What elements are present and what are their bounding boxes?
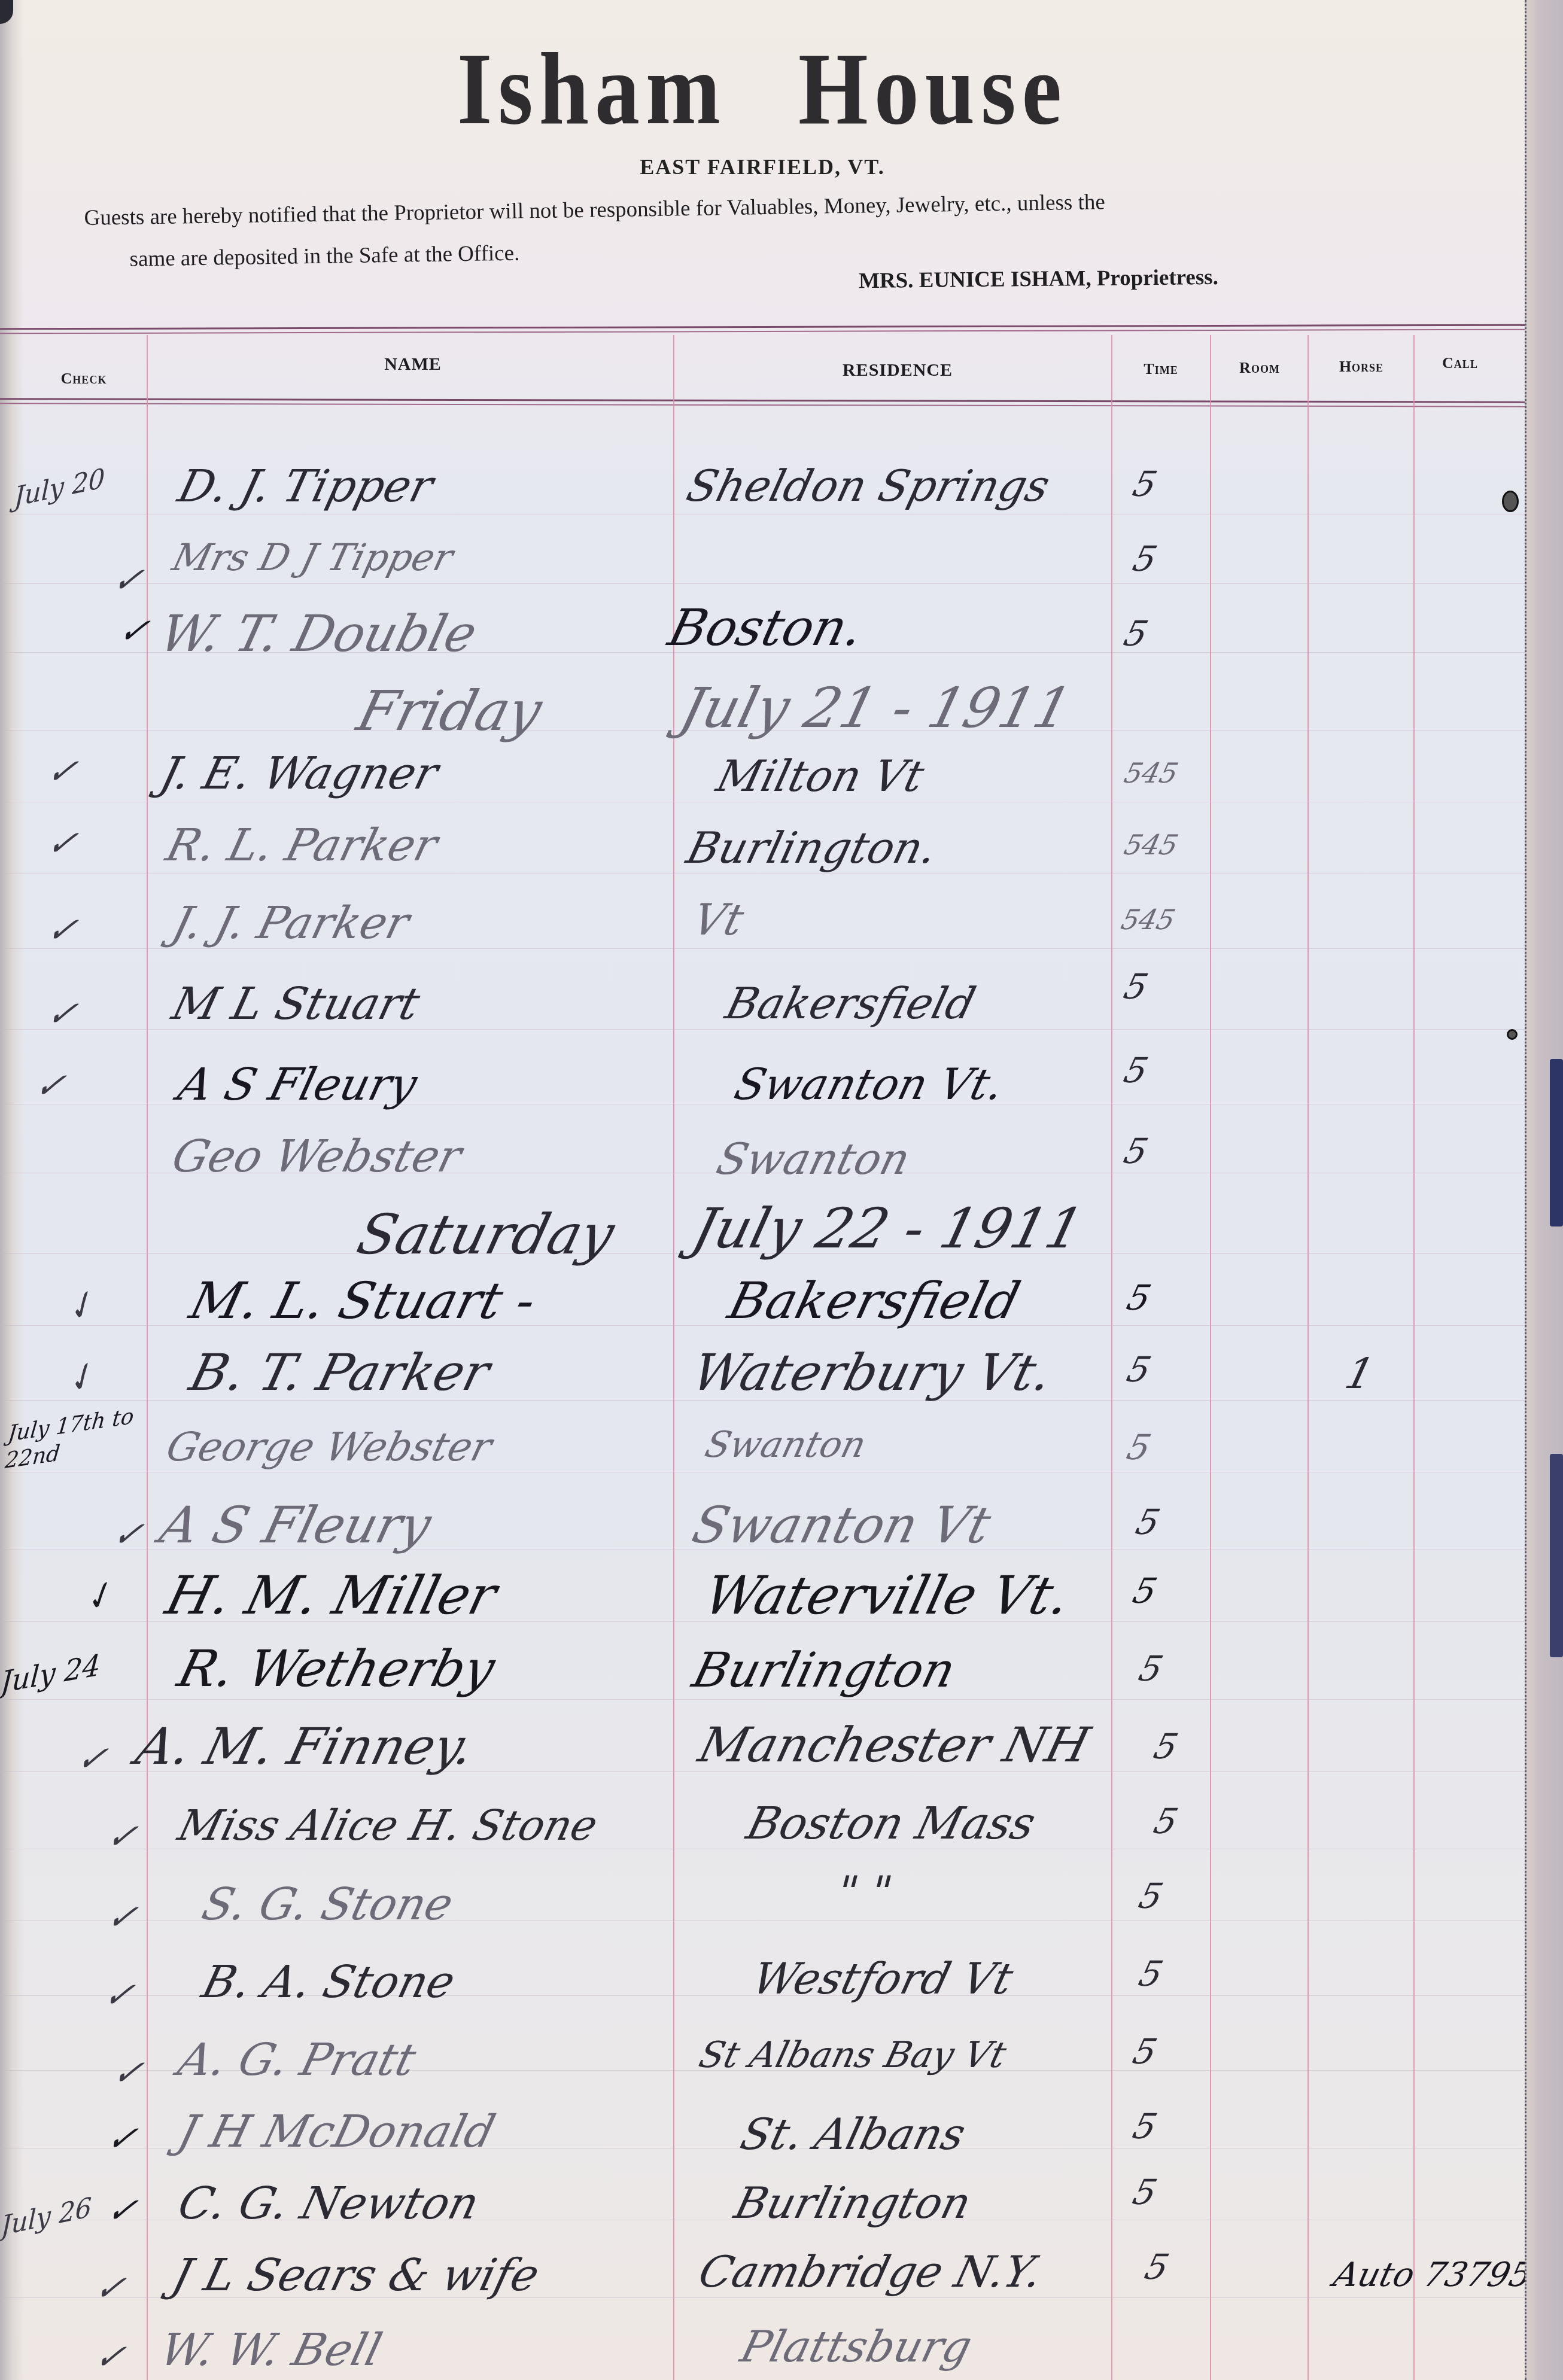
column-divider <box>1210 335 1211 2380</box>
row-line <box>0 802 1525 802</box>
check-mark: ✓ <box>109 1514 148 1554</box>
guest-name: J. E. Wagner <box>155 748 443 799</box>
margin-date: July 17th to 22nd <box>4 1402 145 1475</box>
check-mark: ✓ <box>91 2336 130 2377</box>
arrival-time: 5 <box>1132 1502 1164 1542</box>
column-divider <box>147 335 148 2380</box>
arrival-time: 5 <box>1123 1427 1155 1468</box>
arrival-time: 5 <box>1120 966 1153 1007</box>
check-mark: ✓ <box>31 1065 71 1106</box>
row-line <box>0 583 1525 584</box>
guest-residence: Swanton <box>712 1134 916 1184</box>
guest-name: George Webster <box>162 1424 496 1470</box>
check-mark: ✓ <box>100 1974 139 2015</box>
check-mark: ✓ <box>115 610 154 651</box>
guest-name: A. G. Pratt <box>173 2034 421 2086</box>
check-mark: ✓ <box>43 909 83 950</box>
arrival-time: 5 <box>1150 1726 1182 1767</box>
guest-name: J L Sears & wife <box>167 2250 544 2301</box>
column-divider <box>1111 335 1112 2380</box>
column-header-call: Call <box>1421 354 1499 372</box>
row-line <box>0 874 1525 874</box>
row-line <box>0 515 1525 515</box>
title-word-1: Isham <box>457 32 726 146</box>
check-mark: ✓ <box>77 1572 120 1621</box>
guest-residence: Boston. <box>663 598 869 657</box>
day-label: Saturday <box>351 1203 621 1267</box>
column-header-check: Check <box>36 370 132 388</box>
check-mark: ✓ <box>109 2052 148 2093</box>
guest-name: W. W. Bell <box>155 2324 387 2376</box>
guest-name: H. M. Miller <box>160 1565 503 1626</box>
guest-name: Mrs D J Tipper <box>168 535 458 579</box>
margin-date: July 20 <box>14 462 105 513</box>
check-mark: ✓ <box>103 2190 142 2230</box>
guest-name: A S Fleury <box>173 1059 422 1110</box>
arrival-time: 5 <box>1120 1050 1153 1091</box>
guest-name: J. J. Parker <box>167 897 414 949</box>
guest-residence: Manchester NH <box>693 1717 1095 1773</box>
guest-residence: Milton Vt <box>712 751 929 801</box>
page-edge-tab <box>1550 1454 1563 1657</box>
ink-blot <box>1507 1029 1518 1040</box>
guest-residence: Cambridge N.Y. <box>694 2247 1048 2297</box>
arrival-time: 545 <box>1121 829 1181 861</box>
column-header-residence: RESIDENCE <box>820 360 975 381</box>
check-mark: ✓ <box>103 2118 142 2159</box>
column-header-room: Room <box>1221 359 1299 377</box>
check-mark: ✓ <box>43 823 83 863</box>
guest-residence: Swanton Vt. <box>730 1059 1009 1109</box>
column-header-horse: Horse <box>1316 358 1406 376</box>
arrival-time: 5 <box>1135 1953 1167 1994</box>
guest-residence: " " <box>832 1867 898 1917</box>
guest-name: W. T. Double <box>154 604 483 663</box>
guest-name: B. T. Parker <box>184 1343 495 1402</box>
binding-shadow <box>0 0 24 2380</box>
guest-name: M L Stuart <box>167 978 425 1030</box>
arrival-time: 5 <box>1129 2172 1161 2212</box>
arrival-time: 5 <box>1129 2031 1161 2072</box>
guest-residence: Sheldon Springs <box>682 461 1055 511</box>
arrival-time: 5 <box>1150 1801 1182 1842</box>
guest-name: B. A. Stone <box>197 1956 460 2008</box>
horse-count: 1 <box>1340 1349 1379 1398</box>
arrival-time: 5 <box>1129 464 1161 504</box>
guest-residence: St. Albans <box>736 2109 971 2159</box>
guest-name: Miss Alice H. Stone <box>174 1801 603 1850</box>
arrival-time: 5 <box>1123 1349 1155 1390</box>
column-divider <box>1413 335 1415 2380</box>
check-mark: ✓ <box>43 993 83 1034</box>
register-page: IshamHouse EAST FAIRFIELD, VT. Guests ar… <box>0 0 1525 2380</box>
guest-name: J H McDonald <box>173 2106 500 2157</box>
arrival-time: 5 <box>1141 2247 1173 2287</box>
page-title: IshamHouse <box>0 30 1525 148</box>
guest-name: M. L. Stuart - <box>184 1271 542 1330</box>
location: EAST FAIRFIELD, VT. <box>0 154 1525 179</box>
check-mark: ✓ <box>103 1897 142 1937</box>
guest-residence: Waterville Vt. <box>698 1565 1077 1626</box>
guest-residence: St Albans Bay Vt <box>695 2034 1010 2076</box>
notice-line-1: Guests are hereby notified that the Prop… <box>84 190 1105 230</box>
day-label: Friday <box>351 679 549 743</box>
row-line <box>0 1472 1525 1472</box>
guest-residence: Vt <box>688 894 749 945</box>
arrival-time: 5 <box>1135 1876 1167 1916</box>
guest-name: R. Wetherby <box>172 1639 501 1698</box>
title-word-2: House <box>798 32 1068 146</box>
check-mark: ✓ <box>57 1282 103 1331</box>
check-mark: ✓ <box>109 559 148 600</box>
guest-name: R. L. Parker <box>161 820 442 871</box>
guest-residence: Burlington <box>730 2178 977 2228</box>
arrival-time: 5 <box>1129 1571 1161 1611</box>
column-divider <box>1307 335 1309 2380</box>
day-date: July 22 - 1911 <box>686 1197 1090 1261</box>
header-bottom-rule <box>0 398 1525 407</box>
call-note: Auto 73795 <box>1330 2256 1536 2294</box>
arrival-time: 5 <box>1129 2106 1161 2147</box>
guest-name: S. G. Stone <box>197 1879 458 1930</box>
arrival-time: 545 <box>1121 757 1181 789</box>
check-mark: ✓ <box>103 1816 142 1856</box>
guest-residence: Swanton <box>701 1424 870 1466</box>
arrival-time: 5 <box>1123 1277 1155 1318</box>
guest-name: D. J. Tipper <box>173 461 438 512</box>
guest-name: A S Fleury <box>154 1496 437 1554</box>
guest-residence: Burlington <box>687 1642 960 1698</box>
guest-residence: Bakersfield <box>721 978 981 1028</box>
guest-residence: Swanton Vt <box>687 1496 997 1554</box>
ink-blot <box>1502 491 1519 512</box>
guest-residence: Westford Vt <box>748 1953 1018 2004</box>
proprietress: MRS. EUNICE ISHAM, Proprietress. <box>859 264 1218 294</box>
guest-name: Geo Webster <box>167 1131 467 1182</box>
guest-residence: Burlington. <box>682 823 942 873</box>
page-edge-tab <box>1550 1059 1563 1226</box>
guest-name: A. M. Finney. <box>130 1717 480 1776</box>
column-header-time: Time <box>1125 360 1197 378</box>
column-header-name: NAME <box>335 354 491 375</box>
row-line <box>0 1699 1525 1700</box>
guest-residence: Plattsburg <box>736 2321 977 2372</box>
header-top-rule <box>0 324 1525 334</box>
check-mark: ✓ <box>57 1353 103 1403</box>
guest-name: C. G. Newton <box>173 2178 484 2229</box>
arrival-time: 5 <box>1120 1131 1153 1171</box>
arrival-time: 5 <box>1129 538 1161 579</box>
guest-residence: Bakersfield <box>723 1271 1026 1330</box>
day-date: July 21 - 1911 <box>674 676 1078 740</box>
arrival-time: 5 <box>1135 1648 1167 1689</box>
arrival-time: 545 <box>1118 903 1178 936</box>
guest-residence: Waterbury Vt. <box>687 1343 1058 1402</box>
guest-residence: Boston Mass <box>741 1798 1041 1849</box>
check-mark: ✓ <box>43 751 83 792</box>
check-mark: ✓ <box>91 2268 130 2308</box>
check-mark: ✓ <box>73 1738 112 1779</box>
arrival-time: 5 <box>1120 613 1153 654</box>
